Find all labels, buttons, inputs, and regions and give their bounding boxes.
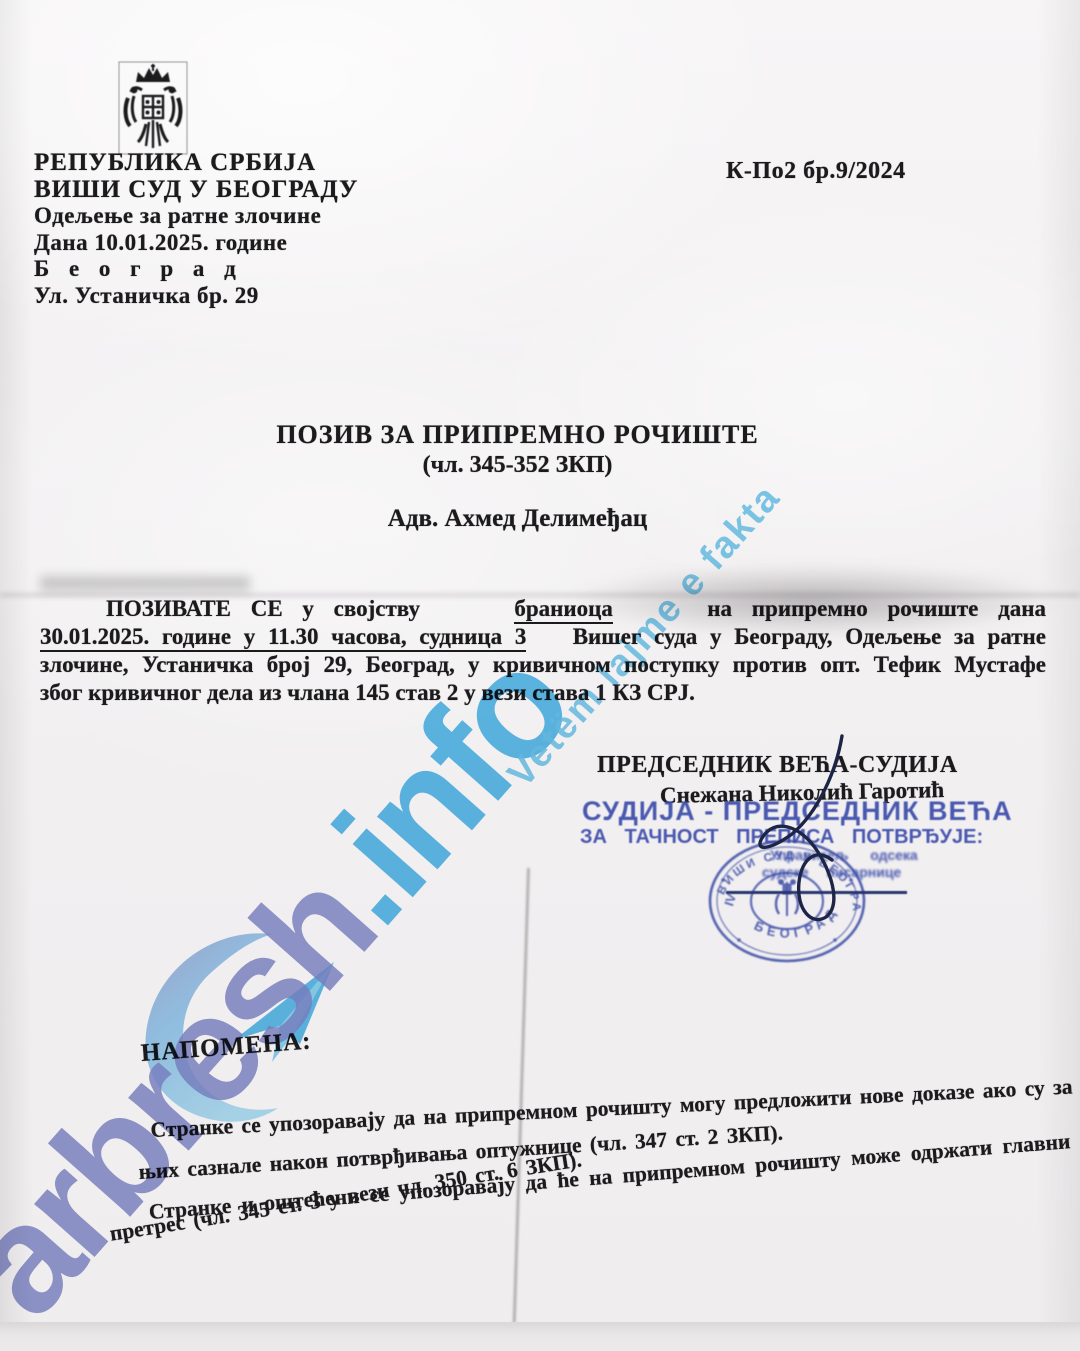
paper-crease-vertical xyxy=(513,868,530,1323)
document-photo: РЕПУБЛИКА СРБИЈА ВИШИ СУД У БЕОГРАДУ Оде… xyxy=(0,0,1080,1351)
document-subtitle: (чл. 345-352 ЗКП) xyxy=(185,452,850,479)
note-heading: НАПОМЕНА: xyxy=(140,1027,312,1067)
court-line-city: Б е о г р а д xyxy=(34,256,358,283)
paper-sheet: РЕПУБЛИКА СРБИЈА ВИШИ СУД У БЕОГРАДУ Оде… xyxy=(0,0,1080,1322)
addressee: Адв. Ахмед Делимеђац xyxy=(185,505,850,533)
paper-crease-smudge xyxy=(40,576,250,591)
summons-line-4: због кривичног дела из члана 145 став 2 … xyxy=(40,680,1046,708)
signature-scribble xyxy=(700,720,900,940)
coat-of-arms-icon xyxy=(116,60,190,156)
court-line-street: Ул. Устаничка бр. 29 xyxy=(34,283,358,310)
court-line-dept: Одељење за ратне злочине xyxy=(34,203,358,230)
summons-line1-pre: ПОЗИВАТЕ СЕ у својству xyxy=(106,596,420,624)
summons-line-3: злочине, Устаничка број 29, Београд, у к… xyxy=(40,652,1046,680)
court-header: РЕПУБЛИКА СРБИЈА ВИШИ СУД У БЕОГРАДУ Оде… xyxy=(34,150,358,309)
summons-line2-underlined: 30.01.2025. године у 11.30 часова, судни… xyxy=(40,624,526,652)
court-line-court: ВИШИ СУД У БЕОГРАДУ xyxy=(34,177,358,204)
paper-crease-shadow-band xyxy=(545,556,1080,656)
document-title: ПОЗИВ ЗА ПРИПРЕМНО РОЧИШТЕ xyxy=(185,420,850,450)
court-line-date: Дана 10.01.2025. године xyxy=(34,230,358,257)
case-number: К-По2 бр.9/2024 xyxy=(726,158,906,185)
paper-crease-horizontal xyxy=(0,593,1080,597)
court-line-republic: РЕПУБЛИКА СРБИЈА xyxy=(34,150,358,177)
photo-background-edge xyxy=(0,1322,1080,1351)
